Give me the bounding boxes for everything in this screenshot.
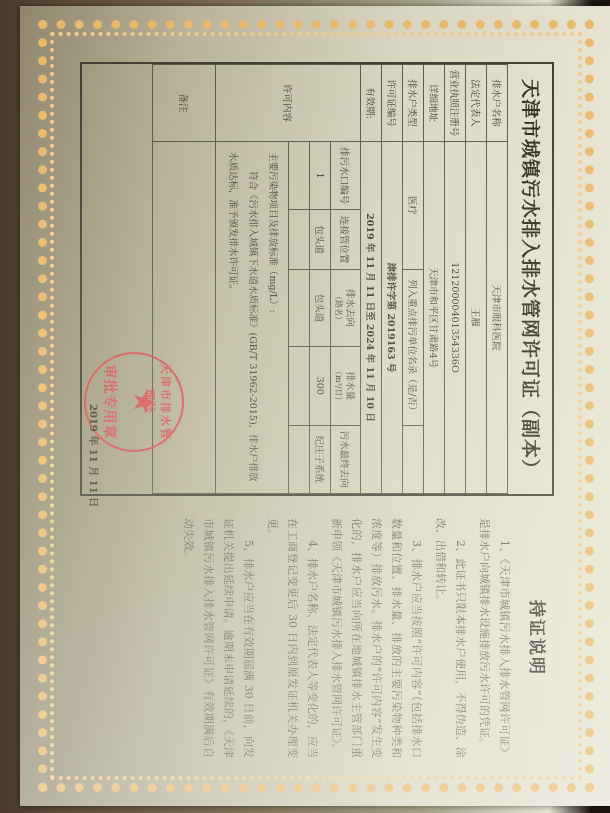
cell-final-destination: 纪庄子系统	[310, 425, 331, 493]
row-address: 详细地址 天津市和平区甘肃路4号	[424, 65, 445, 494]
certificate-title: 天津市城镇污水排入排水管网许可证（副本）	[510, 64, 554, 494]
label-validity: 有效期:	[361, 65, 382, 142]
value-business-license: 12120000401354336O	[445, 142, 466, 494]
value-permit-no: 津排许字第 2019163 号	[382, 142, 403, 494]
issue-date: 2019 年 11 月 11 日	[87, 404, 102, 507]
col-connection: 连接管位置	[331, 210, 361, 269]
permit-table: 排水户名称 天津市眼科医院 法定代表人 王雁 营业执照注册号 121200004…	[152, 64, 508, 494]
value-legal-rep: 王雁	[466, 142, 487, 494]
permit-content-header: 许可内容 排污水口编号 连接管位置 排水去向（路名） 排水量（m³/日） 污水最…	[331, 65, 361, 494]
permit-certificate: 天津市城镇污水排入排水管网许可证（副本） 排水户名称 天津市眼科医院 法定代表人…	[20, 6, 610, 806]
permit-copy-panel: 天津市城镇污水排入排水管网许可证（副本） 排水户名称 天津市眼科医院 法定代表人…	[80, 62, 554, 496]
label-permit-no: 许可证编号	[382, 65, 403, 142]
instructions-title: 持证说明	[526, 518, 546, 758]
label-discharger-type: 排水户类型	[403, 65, 424, 142]
row-discharger-name: 排水户名称 天津市眼科医院	[487, 65, 508, 494]
label-remarks: 备注	[153, 65, 216, 142]
row-discharger-type: 排水户类型 医疗 列入重点排污单位名录（是/否）	[403, 65, 424, 494]
instruction-item: 4、排水户名称、法定代表人等变化的，应当在工商登记变更后 30 日内到原发证机关…	[262, 518, 322, 758]
cell-direction: 包头道	[310, 269, 331, 346]
value-validity: 2019 年 11 月 11 日至 2024 年 11 月 10 日	[361, 142, 382, 494]
row-legal-rep: 法定代表人 王雁	[466, 65, 487, 494]
cell-outlet-no: 1	[310, 142, 331, 210]
col-direction: 排水去向（路名）	[331, 269, 361, 346]
value-key-unit	[403, 425, 424, 493]
standards-text: 符合《污水排入城镇下水道水质标准》(GB/T 31962-2015)，排水户排放…	[222, 152, 262, 483]
picture-frame: 天津市城镇污水排入排水管网许可证（副本） 排水户名称 天津市眼科医院 法定代表人…	[0, 0, 610, 813]
row-permit-no: 许可证编号 津排许字第 2019163 号	[382, 65, 403, 494]
row-business-license: 营业执照注册号 12120000401354336O	[445, 65, 466, 494]
value-address: 天津市和平区甘肃路4号	[424, 142, 445, 494]
label-legal-rep: 法定代表人	[466, 65, 487, 142]
value-discharger-name: 天津市眼科医院	[487, 142, 508, 494]
label-permit-content: 许可内容	[216, 65, 361, 142]
col-volume: 排水量（m³/日）	[331, 347, 361, 425]
instruction-item: 1、《天津市城镇污水排入排水管网许可证》是排水户向城镇排水设施排放污水许可的凭证…	[474, 518, 514, 758]
col-outlet-no: 排污水口编号	[331, 142, 361, 210]
label-discharger-name: 排水户名称	[487, 65, 508, 142]
instruction-item: 3、排水户应当按照“许可内容”（包括排水口数量和位置、排水量、排放的主要污染物种…	[326, 518, 426, 758]
row-validity: 有效期: 2019 年 11 月 11 日至 2024 年 11 月 10 日	[361, 65, 382, 494]
standards-label: 主要污染物项目及排放标准（mg/L）:	[262, 152, 282, 483]
instructions-panel: 持证说明 1、《天津市城镇污水排入排水管网许可证》是排水户向城镇排水设施排放污水…	[90, 518, 550, 758]
seal-center-text: 审批专用章	[100, 354, 120, 450]
label-business-license: 营业执照注册号	[445, 65, 466, 142]
instruction-item: 2、此证书只限本排水户使用，不得伪造、涂改、出借和转让。	[430, 518, 470, 758]
label-address: 详细地址	[424, 65, 445, 142]
col-final-destination: 污水最终去向	[331, 425, 361, 493]
cell-connection: 包头道	[310, 210, 331, 269]
label-key-unit: 列入重点排污单位名录（是/否）	[403, 269, 424, 425]
instruction-item: 5、排水户应当在有效期届满 30 日前，向发证机关提出延续申请。逾期未申请延续的…	[178, 518, 258, 758]
value-discharger-type: 医疗	[403, 142, 424, 270]
star-icon: ★	[128, 354, 158, 450]
cell-volume: 300	[310, 347, 331, 425]
